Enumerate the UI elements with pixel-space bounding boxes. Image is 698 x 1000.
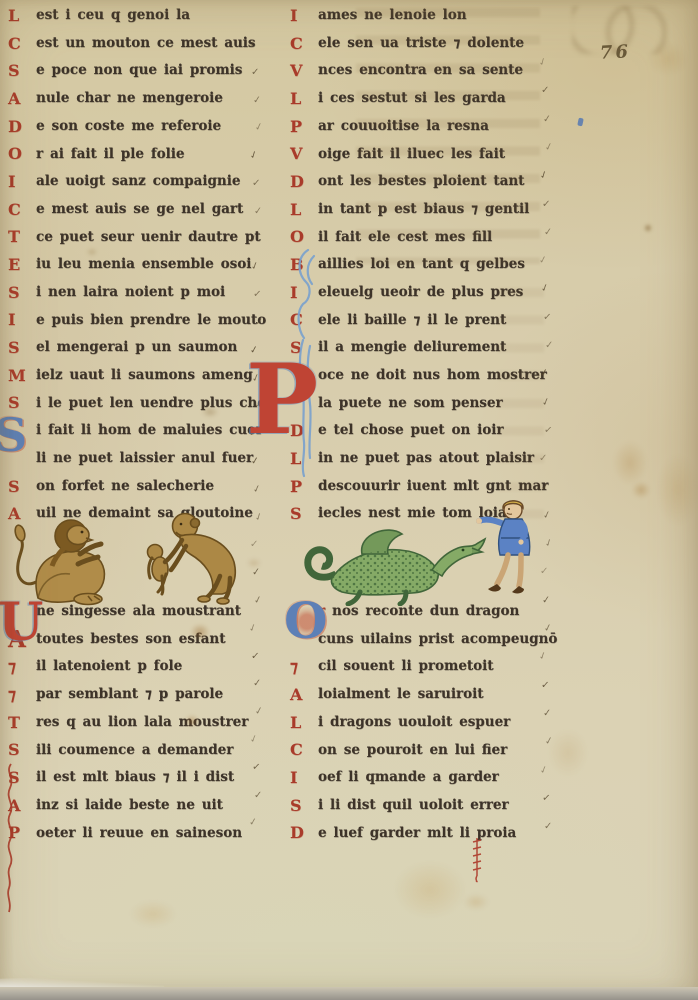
- line-initial: S: [6, 285, 36, 301]
- decorated-initial-O: O: [284, 596, 328, 646]
- line-initial: A: [6, 91, 36, 107]
- line-check-mark: ✓: [542, 793, 551, 804]
- line-initial: I: [288, 770, 318, 786]
- line-check-mark: ✓: [248, 234, 258, 245]
- verse-line: Li dragons uouloit espuer: [288, 709, 557, 737]
- line-text: loialment le saruiroit: [318, 688, 483, 702]
- line-text: i le puet len uendre plus cher: [36, 397, 273, 411]
- folio-number: 76: [600, 43, 632, 63]
- decorated-initial-U: U: [0, 597, 43, 649]
- verse-line: Sili coumence a demander: [6, 736, 248, 764]
- line-check-mark: ✓: [250, 540, 259, 550]
- line-check-mark: ✓: [252, 179, 261, 189]
- line-initial: I: [6, 174, 36, 190]
- line-check-mark: ✓: [538, 255, 548, 266]
- text-column-left-top: Lest i ceu q genoi laCest un mouton ce m…: [6, 2, 273, 528]
- verse-line: Ie puis bien prendre le mouto: [6, 307, 273, 335]
- line-check-mark: ✓: [255, 318, 264, 328]
- red-pen-trial-squiggle: [2, 762, 18, 922]
- verse-line: Si le puet len uendre plus cher: [6, 390, 273, 418]
- line-text: cil souent li prometoit: [318, 660, 494, 674]
- line-initial: ⁊: [6, 687, 36, 703]
- line-text: el mengerai p un saumon: [36, 341, 237, 355]
- line-check-mark: ✓: [249, 734, 260, 746]
- line-check-mark: ✓: [544, 822, 553, 832]
- line-initial: S: [6, 63, 36, 79]
- verse-line: cuns uilains prist acompeugnō: [288, 626, 557, 654]
- line-initial: D: [6, 119, 36, 135]
- line-initial: S: [6, 479, 36, 495]
- line-text: i fait li hom de maluies cuer: [36, 424, 263, 438]
- line-text: res q au lion lala moustrer: [36, 716, 248, 730]
- line-check-mark: ✓: [253, 679, 262, 689]
- verse-line: Sel mengerai p un saumon: [6, 334, 273, 362]
- line-check-mark: ✓: [254, 791, 263, 801]
- line-text: la puete ne som penser: [318, 397, 503, 411]
- text-column-right-bottom: r nos reconte dun dragoncuns uilains pri…: [288, 598, 557, 847]
- verse-line: Aloialment le saruiroit: [288, 681, 557, 709]
- verse-line: Sil est mlt biaus ⁊ il i dist: [6, 764, 248, 792]
- line-text: e mest auis se ge nel gart: [36, 203, 243, 217]
- line-text: e luef garder mlt li proia: [318, 827, 516, 841]
- decorated-initial-S: S: [0, 412, 27, 458]
- line-text: e tel chose puet on ioir: [318, 424, 504, 438]
- verse-line: Lest i ceu q genoi la: [6, 2, 273, 30]
- line-initial: ⁊: [288, 659, 318, 675]
- verse-line: Ainz si laide beste ne uit: [6, 792, 248, 820]
- line-text: i li dist quil uoloit errer: [318, 799, 509, 813]
- line-check-mark: ✓: [543, 312, 552, 323]
- line-text: r ai fait il ple folie: [36, 148, 184, 162]
- line-text: il latenoient p fole: [36, 660, 182, 674]
- line-initial: E: [6, 257, 36, 273]
- line-check-mark: ✓: [541, 397, 552, 409]
- monkey-with-infant-illustration: [138, 506, 246, 606]
- line-check-mark: ✓: [248, 623, 259, 635]
- verse-line: Cest un mouton ce mest auis: [6, 30, 273, 58]
- line-check-mark: ✓: [251, 651, 260, 662]
- line-initial: ⁊: [6, 659, 36, 675]
- line-check-mark: ✓: [254, 707, 264, 718]
- show-through-text: [356, 8, 540, 264]
- line-initial: D: [288, 825, 318, 841]
- verse-line: Eiu leu menia ensemble osoi: [6, 251, 273, 279]
- line-initial: L: [6, 8, 36, 24]
- line-initial: M: [6, 368, 36, 384]
- verse-line: Ioef li qmande a garder: [288, 764, 557, 792]
- line-check-mark: ✓: [540, 482, 550, 493]
- line-initial: V: [288, 146, 318, 162]
- line-check-mark: ✓: [543, 623, 553, 635]
- page-bottom-edge: [0, 987, 698, 1000]
- line-text: i nen laira noient p moi: [36, 286, 225, 300]
- line-initial: C: [6, 36, 36, 52]
- verse-line: Si nen laira noient p moi: [6, 279, 273, 307]
- line-check-mark: ✓: [544, 228, 553, 239]
- line-text: iu leu menia ensemble osoi: [36, 258, 251, 272]
- verse-line: Tce puet seur uenir dautre pt: [6, 224, 273, 252]
- line-initial: S: [288, 798, 318, 814]
- line-check-mark: ✓: [254, 207, 263, 218]
- line-check-mark: ✓: [252, 762, 261, 773]
- verse-line: Iale uoigt sanz compaignie: [6, 168, 273, 196]
- verse-line: De son coste me referoie: [6, 113, 273, 141]
- line-initial: P: [288, 119, 318, 135]
- line-text: ili coumence a demander: [36, 744, 233, 758]
- line-text: nule char ne mengeroie: [36, 92, 223, 106]
- line-check-mark: ✓: [544, 142, 554, 154]
- line-text: on se pouroit en lui fier: [318, 744, 507, 758]
- line-initial: A: [288, 687, 318, 703]
- manuscript-page: 76 Lest i ceu q genoi laCest un mouton c…: [0, 0, 698, 1000]
- line-text: on forfet ne salecherie: [36, 480, 214, 494]
- line-text: ce puet seur uenir dautre pt: [36, 231, 261, 245]
- line-check-mark: ✓: [541, 680, 550, 691]
- verse-line: Ce mest auis se ge nel gart: [6, 196, 273, 224]
- show-through-text: [498, 288, 544, 520]
- line-initial: L: [288, 202, 318, 218]
- line-check-mark: ✓: [541, 86, 550, 96]
- line-text: cuns uilains prist acompeugnō: [318, 633, 557, 647]
- verse-line: Con se pouroit en lui fier: [288, 736, 557, 764]
- line-initial: I: [288, 8, 318, 24]
- line-text: oeter li reuue en saineson: [36, 827, 242, 841]
- decorated-initial-P: P: [246, 352, 318, 448]
- line-text: il a mengie deliurement: [318, 341, 506, 355]
- line-text: e poce non que iai promis: [36, 64, 242, 78]
- line-check-mark: ✓: [539, 369, 549, 380]
- red-tally-mark: [470, 836, 484, 884]
- verse-line: ⁊il latenoient p fole: [6, 653, 248, 681]
- line-check-mark: ✓: [542, 199, 551, 209]
- blue-ink-speck: [577, 118, 584, 127]
- line-text: il est mlt biaus ⁊ il i dist: [36, 771, 234, 785]
- line-initial: V: [288, 63, 318, 79]
- verse-line: ⁊par semblant ⁊ p parole: [6, 681, 248, 709]
- line-initial: T: [6, 229, 36, 245]
- line-check-mark: ✓: [543, 425, 553, 436]
- verse-line: Poeter li reuue en saineson: [6, 820, 248, 848]
- verse-line: Mielz uaut li saumons ameng: [6, 362, 273, 390]
- line-text: par semblant ⁊ p parole: [36, 688, 223, 702]
- verse-line: Tres q au lion lala moustrer: [6, 709, 248, 737]
- line-text: oef li qmande a garder: [318, 771, 499, 785]
- line-initial: O: [6, 146, 36, 162]
- line-text: li ne puet laissier anul fuer: [36, 452, 253, 466]
- line-check-mark: ✓: [253, 290, 262, 301]
- line-text: eleuelg ueoir de plus pres: [318, 286, 523, 300]
- line-text: ielz uaut li saumons ameng: [36, 369, 253, 383]
- line-initial: O: [288, 229, 318, 245]
- verse-line: Or ai fait il ple folie: [6, 140, 273, 168]
- line-text: e son coste me referoie: [36, 120, 221, 134]
- line-check-mark: ✓: [248, 818, 258, 829]
- line-initial: C: [6, 202, 36, 218]
- line-check-mark: ✓: [545, 341, 554, 351]
- peasant-in-blue-tunic-illustration: [476, 496, 554, 608]
- line-text: e puis bien prendre le mouto: [36, 314, 266, 328]
- verse-line: ⁊cil souent li prometoit: [288, 653, 557, 681]
- verse-line: i fait li hom de maluies cuer: [6, 417, 273, 445]
- line-check-mark: ✓: [539, 454, 547, 464]
- line-initial: C: [288, 742, 318, 758]
- line-text: ale uoigt sanz compaignie: [36, 175, 240, 189]
- line-check-mark: ✓: [543, 709, 552, 719]
- line-check-mark: ✓: [250, 457, 260, 468]
- line-check-mark: ✓: [251, 68, 260, 78]
- line-text: est i ceu q genoi la: [36, 9, 190, 23]
- verse-line: Son forfet ne salecherie: [6, 473, 273, 501]
- line-text: inz si laide beste ne uit: [36, 799, 223, 813]
- line-initial: S: [6, 742, 36, 758]
- verse-line: Anule char ne mengeroie: [6, 85, 273, 113]
- line-text: ele li baille ⁊ il le prent: [318, 314, 506, 328]
- line-initial: T: [6, 715, 36, 731]
- line-initial: I: [6, 312, 36, 328]
- line-check-mark: ✓: [543, 114, 552, 125]
- line-text: est un mouton ce mest auis: [36, 37, 256, 51]
- verse-line: De luef garder mlt li proia: [288, 820, 557, 848]
- line-initial: C: [288, 36, 318, 52]
- line-check-mark: ✓: [253, 95, 262, 106]
- verse-line: Se poce non que iai promis: [6, 57, 273, 85]
- line-check-mark: ✓: [252, 568, 261, 579]
- line-text: i dragons uouloit espuer: [318, 716, 510, 730]
- verse-line: li ne puet laissier anul fuer: [6, 445, 273, 473]
- line-initial: S: [6, 340, 36, 356]
- line-check-mark: ✓: [544, 737, 554, 748]
- line-initial: L: [288, 715, 318, 731]
- line-initial: D: [288, 174, 318, 190]
- line-check-mark: ✓: [540, 283, 551, 295]
- line-initial: L: [288, 91, 318, 107]
- verse-line: Si li dist quil uoloit errer: [288, 792, 557, 820]
- line-check-mark: ✓: [253, 595, 263, 607]
